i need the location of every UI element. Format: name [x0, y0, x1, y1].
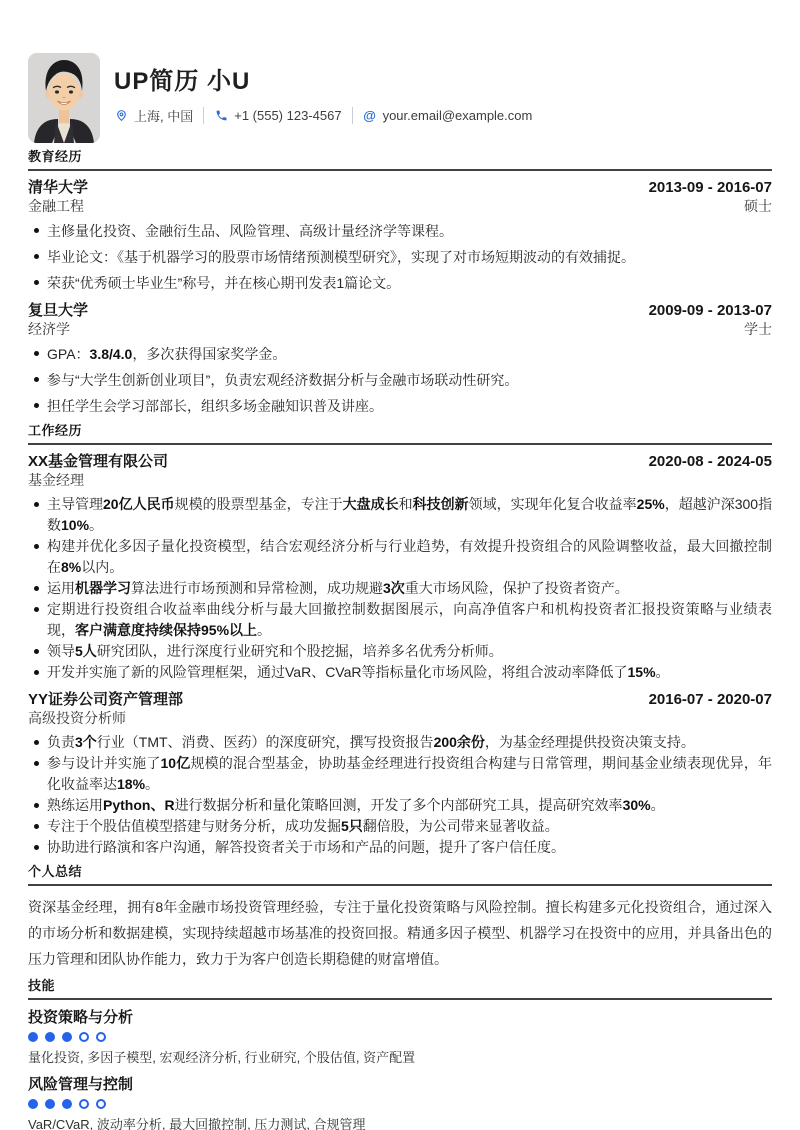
work-entries: XX基金管理有限公司2020-08 - 2024-05基金经理主导管理20亿人民…	[28, 452, 772, 858]
bullet-item: 负责3个行业（TMT、消费、医药）的深度研究，撰写投资报告200余份，为基金经理…	[28, 732, 772, 753]
skill-dot-filled	[45, 1099, 55, 1109]
skill-dot-filled	[62, 1099, 72, 1109]
contact-item: @your.email@example.com	[363, 108, 533, 123]
bullet-list: GPA：3.8/4.0，多次获得国家奖学金。参与“大学生创新创业项目”，负责宏观…	[28, 343, 772, 417]
section-education: 教育经历 清华大学2013-09 - 2016-07金融工程硕士主修量化投资、金…	[28, 149, 772, 417]
skills-group: 投资策略与分析量化投资, 多因子模型, 宏观经济分析, 行业研究, 个股估值, …	[28, 1008, 772, 1066]
work-entry: XX基金管理有限公司2020-08 - 2024-05基金经理主导管理20亿人民…	[28, 452, 772, 683]
section-skills: 技能 投资策略与分析量化投资, 多因子模型, 宏观经济分析, 行业研究, 个股估…	[28, 978, 772, 1130]
entry-role: 高级投资分析师	[28, 709, 126, 727]
skill-keywords: 量化投资, 多因子模型, 宏观经济分析, 行业研究, 个股估值, 资产配置	[28, 1049, 772, 1066]
entry-role: 金融工程	[28, 197, 84, 215]
bullet-item: 担任学生会学习部部长，组织多场金融知识普及讲座。	[28, 395, 772, 417]
bullet-item: 主修量化投资、金融衍生品、风险管理、高级计量经济学等课程。	[28, 220, 772, 242]
bullet-item: GPA：3.8/4.0，多次获得国家奖学金。	[28, 343, 772, 365]
skill-name: 投资策略与分析	[28, 1008, 772, 1027]
resume-header: UP简历 小U 上海, 中国+1 (555) 123-4567@your.ema…	[28, 53, 772, 143]
skills-groups: 投资策略与分析量化投资, 多因子模型, 宏观经济分析, 行业研究, 个股估值, …	[28, 1008, 772, 1130]
education-entry: 清华大学2013-09 - 2016-07金融工程硕士主修量化投资、金融衍生品、…	[28, 178, 772, 294]
bullet-item: 熟练运用Python、R进行数据分析和量化策略回测，开发了多个内部研究工具，提高…	[28, 795, 772, 816]
bullet-item: 构建并优化多因子量化投资模型，结合宏观经济分析与行业趋势，有效提升投资组合的风险…	[28, 536, 772, 578]
entry-degree: 学士	[744, 320, 772, 338]
skill-dot-filled	[28, 1099, 38, 1109]
bullet-item: 定期进行投资组合收益率曲线分析与最大回撤控制数据图展示，向高净值客户和机构投资者…	[28, 599, 772, 641]
entry-degree: 硕士	[744, 197, 772, 215]
section-work: 工作经历 XX基金管理有限公司2020-08 - 2024-05基金经理主导管理…	[28, 423, 772, 858]
entry-sub-row: 高级投资分析师	[28, 709, 772, 727]
skill-dot-empty	[79, 1099, 89, 1109]
email-at-icon: @	[363, 109, 377, 123]
education-entries: 清华大学2013-09 - 2016-07金融工程硕士主修量化投资、金融衍生品、…	[28, 178, 772, 417]
bullet-item: 领导5人研究团队，进行深度行业研究和个股挖掘，培养多名优秀分析师。	[28, 641, 772, 662]
location-pin-icon	[114, 109, 128, 123]
bullet-item: 专注于个股估值模型搭建与财务分析，成功发掘5只翻倍股，为公司带来显著收益。	[28, 816, 772, 837]
skill-name: 风险管理与控制	[28, 1075, 772, 1094]
entry-sub-row: 金融工程硕士	[28, 197, 772, 215]
skill-level-dots	[28, 1032, 772, 1042]
entry-org: XX基金管理有限公司	[28, 452, 168, 471]
section-title-work: 工作经历	[28, 423, 772, 445]
contact-separator	[352, 107, 353, 124]
bullet-item: 荣获“优秀硕士毕业生”称号，并在核心期刊发表1篇论文。	[28, 272, 772, 294]
profile-photo-illustration	[28, 53, 100, 143]
skills-group: 风险管理与控制VaR/CVaR, 波动率分析, 最大回撤控制, 压力测试, 合规…	[28, 1075, 772, 1130]
section-title-education: 教育经历	[28, 149, 772, 171]
contact-row: 上海, 中国+1 (555) 123-4567@your.email@examp…	[114, 106, 532, 125]
entry-sub-row: 经济学学士	[28, 320, 772, 338]
skill-dot-filled	[45, 1032, 55, 1042]
header-meta: UP简历 小U 上海, 中国+1 (555) 123-4567@your.ema…	[114, 53, 532, 143]
contact-item: +1 (555) 123-4567	[214, 108, 341, 123]
entry-date: 2016-07 - 2020-07	[649, 690, 772, 709]
bullet-item: 运用机器学习算法进行市场预测和异常检测，成功规避3次重大市场风险，保护了投资者资…	[28, 578, 772, 599]
entry-date: 2013-09 - 2016-07	[649, 178, 772, 197]
bullet-item: 参与“大学生创新创业项目”，负责宏观经济数据分析与金融市场联动性研究。	[28, 369, 772, 391]
entry-org: 清华大学	[28, 178, 88, 197]
entry-header-row: 清华大学2013-09 - 2016-07	[28, 178, 772, 197]
entry-role: 经济学	[28, 320, 70, 338]
skill-keywords: VaR/CVaR, 波动率分析, 最大回撤控制, 压力测试, 合规管理	[28, 1116, 772, 1130]
skill-dot-filled	[28, 1032, 38, 1042]
bullet-list: 负责3个行业（TMT、消费、医药）的深度研究，撰写投资报告200余份，为基金经理…	[28, 732, 772, 858]
skill-dot-empty	[96, 1099, 106, 1109]
resume-page: UP简历 小U 上海, 中国+1 (555) 123-4567@your.ema…	[0, 0, 800, 1130]
profile-photo	[28, 53, 100, 143]
phone-icon	[214, 109, 228, 123]
contact-text: your.email@example.com	[383, 108, 533, 123]
bullet-list: 主导管理20亿人民币规模的股票型基金，专注于大盘成长和科技创新领域，实现年化复合…	[28, 494, 772, 683]
skill-dot-empty	[96, 1032, 106, 1042]
skill-dot-filled	[62, 1032, 72, 1042]
entry-header-row: 复旦大学2009-09 - 2013-07	[28, 301, 772, 320]
education-entry: 复旦大学2009-09 - 2013-07经济学学士GPA：3.8/4.0，多次…	[28, 301, 772, 417]
entry-org: 复旦大学	[28, 301, 88, 320]
contact-text: 上海, 中国	[134, 106, 193, 125]
bullet-item: 毕业论文：《基于机器学习的股票市场情绪预测模型研究》，实现了对市场短期波动的有效…	[28, 246, 772, 268]
work-entry: YY证券公司资产管理部2016-07 - 2020-07高级投资分析师负责3个行…	[28, 690, 772, 858]
entry-role: 基金经理	[28, 471, 84, 489]
section-title-summary: 个人总结	[28, 864, 772, 886]
entry-header-row: XX基金管理有限公司2020-08 - 2024-05	[28, 452, 772, 471]
contact-separator	[203, 107, 204, 124]
bullet-item: 协助进行路演和客户沟通，解答投资者关于市场和产品的问题，提升了客户信任度。	[28, 837, 772, 858]
bullet-item: 主导管理20亿人民币规模的股票型基金，专注于大盘成长和科技创新领域，实现年化复合…	[28, 494, 772, 536]
entry-sub-row: 基金经理	[28, 471, 772, 489]
summary-paragraph: 资深基金经理，拥有8年金融市场投资管理经验，专注于量化投资策略与风险控制。擅长构…	[28, 894, 772, 972]
contact-item: 上海, 中国	[114, 106, 193, 125]
entry-org: YY证券公司资产管理部	[28, 690, 183, 709]
entry-date: 2020-08 - 2024-05	[649, 452, 772, 471]
skill-dot-empty	[79, 1032, 89, 1042]
entry-header-row: YY证券公司资产管理部2016-07 - 2020-07	[28, 690, 772, 709]
section-summary: 个人总结 资深基金经理，拥有8年金融市场投资管理经验，专注于量化投资策略与风险控…	[28, 864, 772, 972]
bullet-list: 主修量化投资、金融衍生品、风险管理、高级计量经济学等课程。毕业论文：《基于机器学…	[28, 220, 772, 294]
skill-level-dots	[28, 1099, 772, 1109]
bullet-item: 参与设计并实施了10亿规模的混合型基金，协助基金经理进行投资组合构建与日常管理，…	[28, 753, 772, 795]
contact-text: +1 (555) 123-4567	[234, 108, 341, 123]
section-title-skills: 技能	[28, 978, 772, 1000]
entry-date: 2009-09 - 2013-07	[649, 301, 772, 320]
candidate-name: UP简历 小U	[114, 68, 532, 96]
bullet-item: 开发并实施了新的风险管理框架，通过VaR、CVaR等指标量化市场风险，将组合波动…	[28, 662, 772, 683]
